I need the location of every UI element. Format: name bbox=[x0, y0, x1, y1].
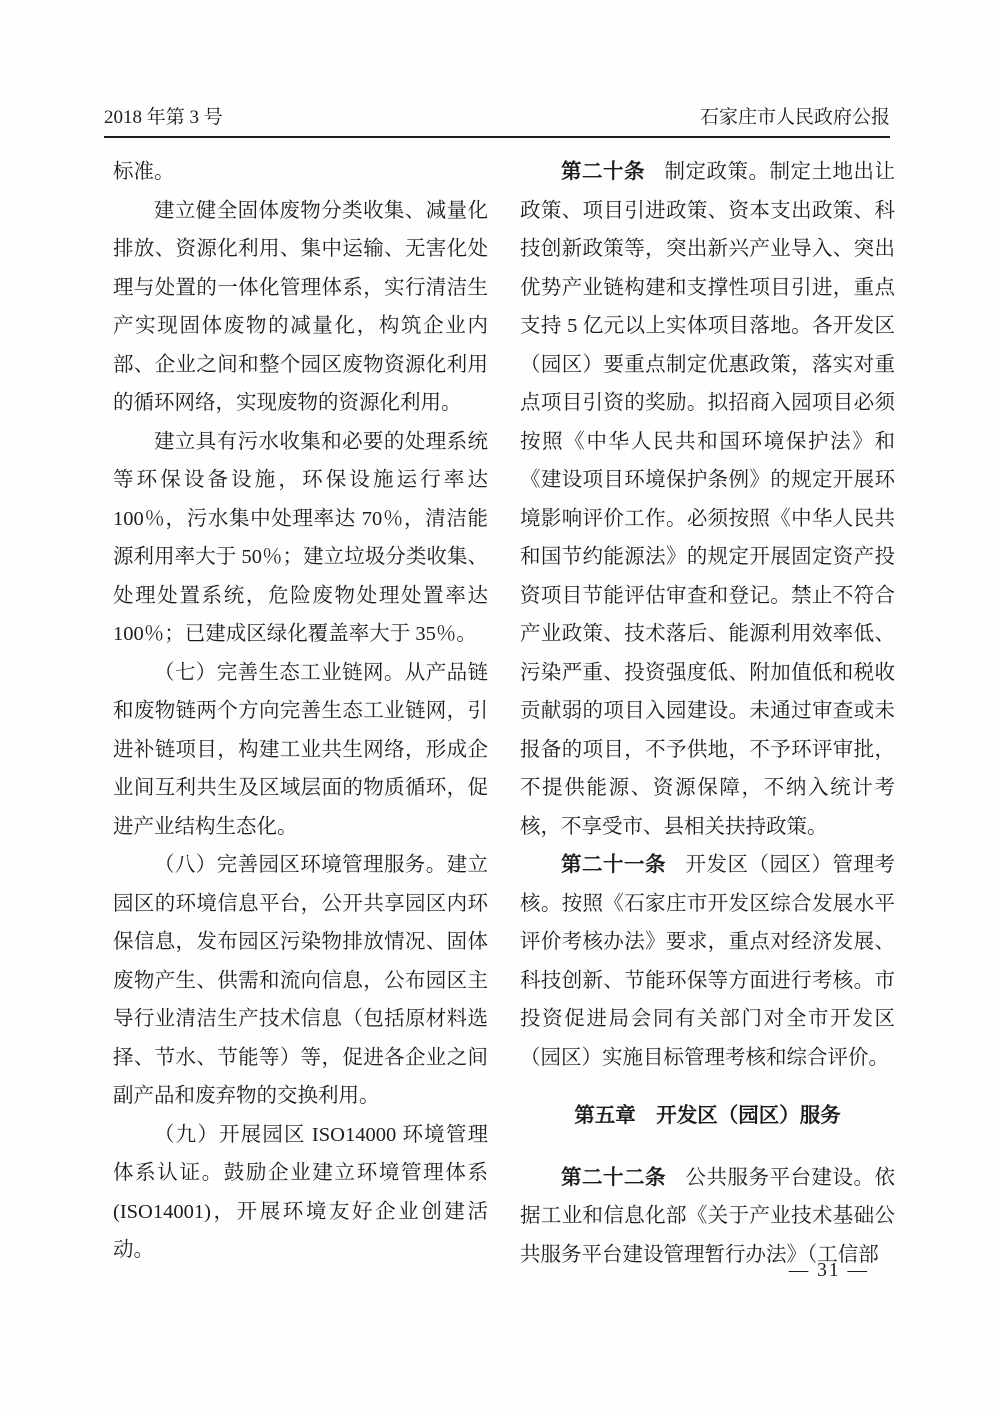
gazette-title: 石家庄市人民政府公报 bbox=[700, 107, 890, 129]
paragraph-item-9-iso14000: （九）开展园区 ISO14000 环境管理体系认证。鼓励企业建立环境管理体系 (… bbox=[113, 1116, 488, 1270]
page-number: — 31 — bbox=[789, 1260, 869, 1281]
paragraph-solid-waste-system: 建立健全固体废物分类收集、减量化排放、资源化利用、集中运输、无害化处理与处置的一… bbox=[113, 192, 488, 423]
left-column: 标准。 建立健全固体废物分类收集、减量化排放、资源化利用、集中运输、无害化处理与… bbox=[113, 153, 488, 1274]
paragraph-sewage-treatment: 建立具有污水收集和必要的处理系统等环保设备设施，环保设施运行率达 100％，污水… bbox=[113, 423, 488, 654]
two-column-body: 标准。 建立健全固体废物分类收集、减量化排放、资源化利用、集中运输、无害化处理与… bbox=[113, 153, 895, 1274]
right-column: 第二十条制定政策。制定土地出让政策、项目引进政策、资本支出政策、科技创新政策等，… bbox=[520, 153, 895, 1274]
article-20-text: 制定政策。制定土地出让政策、项目引进政策、资本支出政策、科技创新政策等，突出新兴… bbox=[520, 161, 895, 838]
issue-number: 2018 年第 3 号 bbox=[104, 107, 223, 129]
article-22-number: 第二十二条 bbox=[561, 1166, 666, 1189]
article-21-paragraph: 第二十一条开发区（园区）管理考核。按照《石家庄市开发区综合发展水平评价考核办法》… bbox=[520, 846, 895, 1077]
article-21-text: 开发区（园区）管理考核。按照《石家庄市开发区综合发展水平评价考核办法》要求，重点… bbox=[520, 854, 895, 1069]
article-22-paragraph: 第二十二条公共服务平台建设。依据工业和信息化部《关于产业技术基础公共服务平台建设… bbox=[520, 1159, 895, 1275]
article-20-paragraph: 第二十条制定政策。制定土地出让政策、项目引进政策、资本支出政策、科技创新政策等，… bbox=[520, 153, 895, 846]
article-20-number: 第二十条 bbox=[561, 160, 645, 183]
paragraph-item-8-env-management: （八）完善园区环境管理服务。建立园区的环境信息平台，公开共享园区内环保信息，发布… bbox=[113, 846, 488, 1116]
page-header: 2018 年第 3 号 石家庄市人民政府公报 bbox=[104, 107, 890, 138]
gazette-page: 2018 年第 3 号 石家庄市人民政府公报 标准。 建立健全固体废物分类收集、… bbox=[0, 0, 1000, 1414]
page-footer: — 31 — bbox=[789, 1259, 869, 1283]
paragraph-continuation: 标准。 bbox=[113, 153, 488, 192]
paragraph-item-7-eco-chain: （七）完善生态工业链网。从产品链和废物链两个方向完善生态工业链网，引进补链项目，… bbox=[113, 654, 488, 847]
article-21-number: 第二十一条 bbox=[561, 853, 666, 876]
chapter-5-heading: 第五章 开发区（园区）服务 bbox=[520, 1097, 895, 1136]
